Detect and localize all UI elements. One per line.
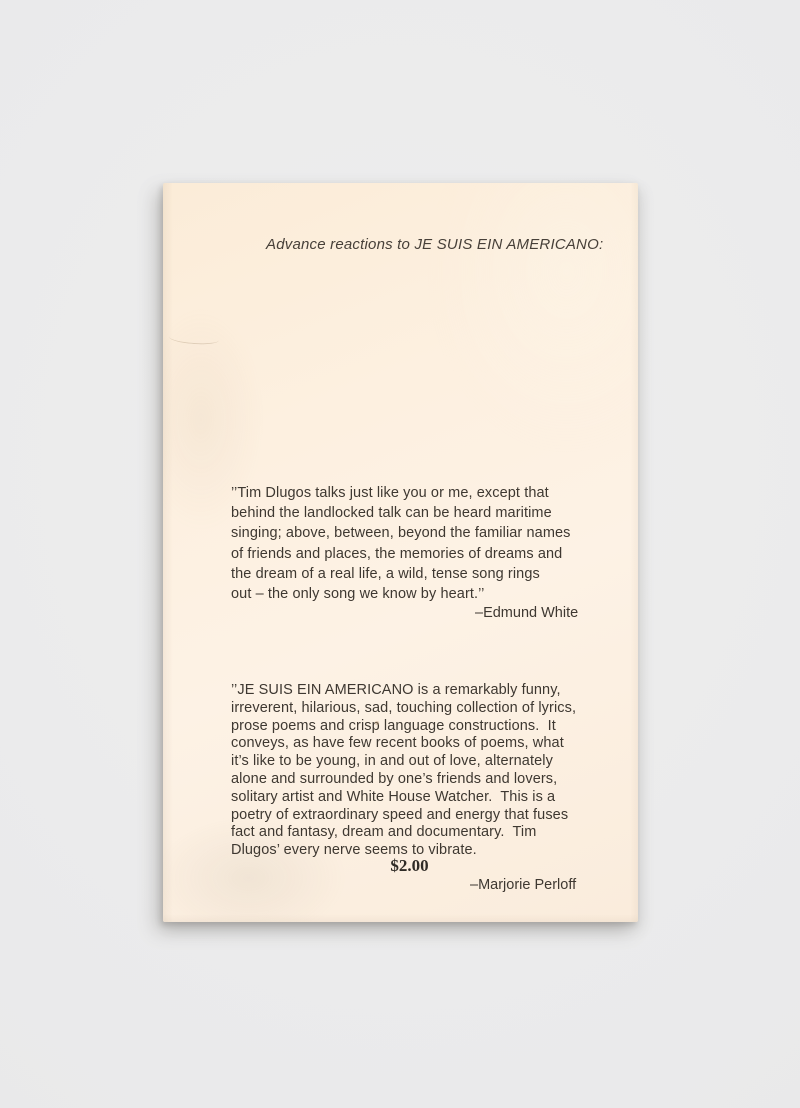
blurb-marjorie-perloff: ’’JE SUIS EIN AMERICANO is a remarkably … xyxy=(231,682,576,860)
advance-reactions-heading: Advance reactions to JE SUIS EIN AMERICA… xyxy=(266,235,603,255)
paper-speck xyxy=(375,721,379,725)
price-label: $2.00 xyxy=(172,856,647,876)
photo-background: Advance reactions to JE SUIS EIN AMERICA… xyxy=(0,0,800,1108)
book-back-cover: Advance reactions to JE SUIS EIN AMERICA… xyxy=(163,183,638,922)
attribution-marjorie-perloff: –Marjorie Perloff xyxy=(470,877,576,893)
attribution-edmund-white: –Edmund White xyxy=(475,605,578,621)
paper-scratch xyxy=(169,331,220,345)
blurb-edmund-white: ’’Tim Dlugos talks just like you or me, … xyxy=(231,483,571,604)
